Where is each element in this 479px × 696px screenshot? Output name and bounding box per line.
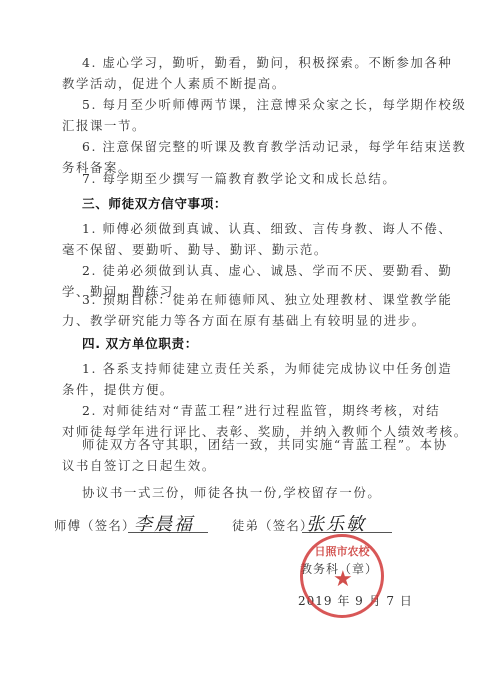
s3-item-3-line-1: 3. 预期目标：徒弟在师德师风、独立处理教材、课堂教学能 [62, 289, 407, 310]
star-icon: ★ [333, 567, 353, 592]
para-6-line-1: 6. 注意保留完整的听课及教育教学活动记录，每学年结束送教 [62, 136, 407, 157]
para-5-line-1: 5. 每月至少听师傅两节课，注意博采众家之长，每学期作校级 [62, 94, 407, 115]
para-7-line-1: 7. 每学期至少撰写一篇教育教学论文和成长总结。 [62, 168, 407, 189]
apprentice-signature-line [302, 532, 392, 533]
s4-closing-line-2: 议书自签订之日起生效。 [62, 455, 407, 476]
s4-item-1-line-1: 1. 各系支持师徒建立责任关系，为师徒完成协议中任务创造 [62, 358, 407, 379]
s4-item-2-line-1: 2. 对师徒结对“青蓝工程”进行过程监管，期终考核，对结 [62, 400, 407, 421]
para-4-line-1: 4. 虚心学习，勤听，勤看，勤问，积极探索。不断参加各种 [62, 52, 407, 73]
s3-item-1-line-2: 毫不保留、要勤听、勤导、勤评、勤示范。 [62, 239, 407, 260]
s3-item-2-line-1: 2. 徒弟必须做到认真、虚心、诚恳、学而不厌、要勤看、勤 [62, 260, 407, 281]
mentor-signature-line [128, 532, 208, 533]
para-5-line-2: 汇报课一节。 [62, 115, 407, 136]
section-4-heading: 四. 双方单位职责： [62, 333, 407, 354]
signature-row: 师傅（签名） 李晨福 徒弟（签名） 张乐敏 [54, 514, 414, 536]
document-page: 4. 虚心学习，勤听，勤看，勤问，积极探索。不断参加各种 教学活动，促进个人素质… [0, 0, 479, 696]
mentor-signature-label: 师傅（签名） [54, 516, 136, 534]
seal-text: 日照市农校 [303, 543, 381, 559]
s4-closing-line-1: 师徒双方各守其职，团结一致，共同实施“青蓝工程”。本协 [62, 434, 407, 455]
section-3-heading: 三、师徒双方信守事项： [62, 193, 407, 214]
para-4-line-2: 教学活动，促进个人素质不断提高。 [62, 73, 407, 94]
copies-note: 协议书一式三份，师徒各执一份,学校留存一份。 [62, 482, 407, 503]
official-seal-stamp: 日照市农校 ★ [300, 534, 384, 618]
s3-item-1-line-1: 1. 师傅必须做到真诚、认真、细致、言传身教、诲人不倦、 [62, 218, 407, 239]
s4-item-1-line-2: 条件，提供方便。 [62, 379, 407, 400]
s3-item-3-line-2: 力、教学研究能力等各方面在原有基础上有较明显的进步。 [62, 310, 407, 331]
